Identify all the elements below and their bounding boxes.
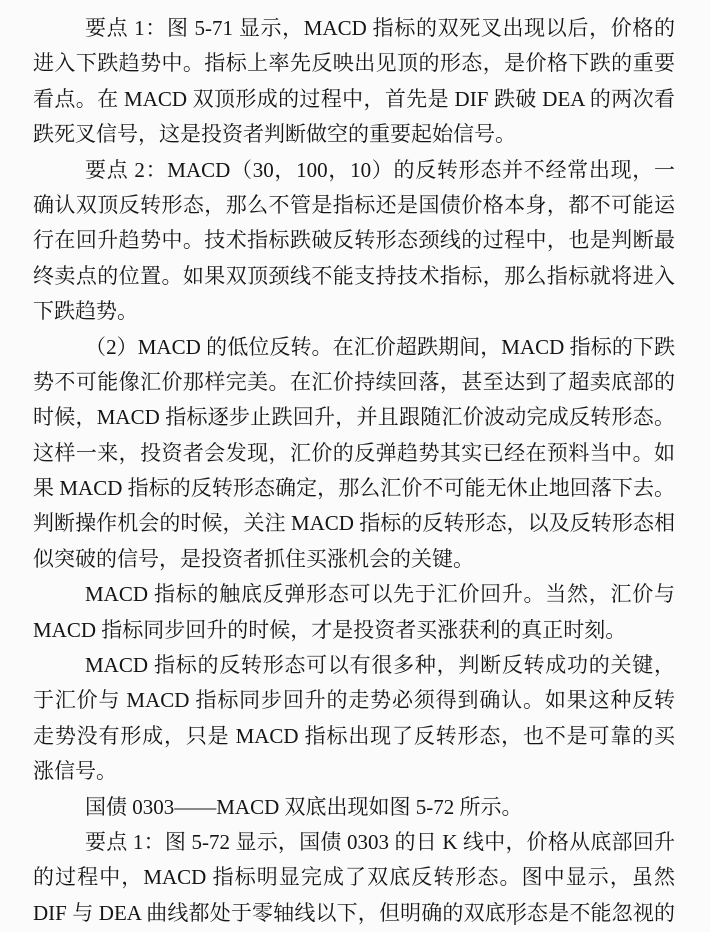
text-line: 看点。在 MACD 双顶形成的过程中，首先是 DIF 跌破 DEA 的两次看 bbox=[33, 82, 675, 117]
text-line: 的过程中，MACD 指标明显完成了双底反转形态。图中显示，虽然 bbox=[33, 860, 675, 895]
text-line: 终卖点的位置。如果双顶颈线不能支持技术指标，那么指标就将进入 bbox=[33, 259, 675, 294]
text-line: 走势没有形成，只是 MACD 指标出现了反转形态，也不是可靠的买 bbox=[33, 719, 675, 754]
text-line: 势不可能像汇价那样完美。在汇价持续回落，甚至达到了超卖底部的 bbox=[33, 365, 675, 400]
text-line: 似突破的信号，是投资者抓住买涨机会的关键。 bbox=[33, 542, 675, 577]
text-line: （2）MACD 的低位反转。在汇价超跌期间，MACD 指标的下跌趋 bbox=[33, 330, 675, 365]
text-line: MACD 指标同步回升的时候，才是投资者买涨获利的真正时刻。 bbox=[33, 613, 675, 648]
text-line: 判断操作机会的时候，关注 MACD 指标的反转形态，以及反转形态相 bbox=[33, 506, 675, 541]
text-line: 果 MACD 指标的反转形态确定，那么汇价不可能无休止地回落下去。 bbox=[33, 471, 675, 506]
text-line: 国债 0303——MACD 双底出现如图 5-72 所示。 bbox=[33, 790, 675, 825]
text-line: 时候，MACD 指标逐步止跌回升，并且跟随汇价波动完成反转形态。 bbox=[33, 400, 675, 435]
text-line: 要点 2：MACD（30，100，10）的反转形态并不经常出现，一旦 bbox=[33, 153, 675, 188]
text-line: 跌死叉信号，这是投资者判断做空的重要起始信号。 bbox=[33, 117, 675, 152]
text-line: 下跌趋势。 bbox=[33, 294, 675, 329]
text-line: 要点 1：图 5-72 显示，国债 0303 的日 K 线中，价格从底部回升 bbox=[33, 825, 675, 860]
text-line: 要点 1：图 5-71 显示，MACD 指标的双死叉出现以后，价格的确 bbox=[33, 11, 675, 46]
text-line: 进入下跌趋势中。指标上率先反映出见顶的形态，是价格下跌的重要 bbox=[33, 46, 675, 81]
scan-artifact-mark bbox=[514, 915, 516, 925]
text-line: 涨信号。 bbox=[33, 754, 675, 789]
text-line: 这样一来，投资者会发现，汇价的反弹趋势其实已经在预料当中。如 bbox=[33, 436, 675, 471]
page-text: 要点 1：图 5-71 显示，MACD 指标的双死叉出现以后，价格的确 进入下跌… bbox=[33, 11, 675, 931]
text-line: 确认双顶反转形态，那么不管是指标还是国债价格本身，都不可能运 bbox=[33, 188, 675, 223]
text-line: 行在回升趋势中。技术指标跌破反转形态颈线的过程中，也是判断最 bbox=[33, 223, 675, 258]
text-line: 于汇价与 MACD 指标同步回升的走势必须得到确认。如果这种反转 bbox=[33, 683, 675, 718]
text-line: MACD 指标的触底反弹形态可以先于汇价回升。当然，汇价与 bbox=[33, 577, 675, 612]
text-line: DIF 与 DEA 曲线都处于零轴线以下，但明确的双底形态是不能忽视的 bbox=[33, 896, 675, 931]
text-line: MACD 指标的反转形态可以有很多种，判断反转成功的关键，在 bbox=[33, 648, 675, 683]
